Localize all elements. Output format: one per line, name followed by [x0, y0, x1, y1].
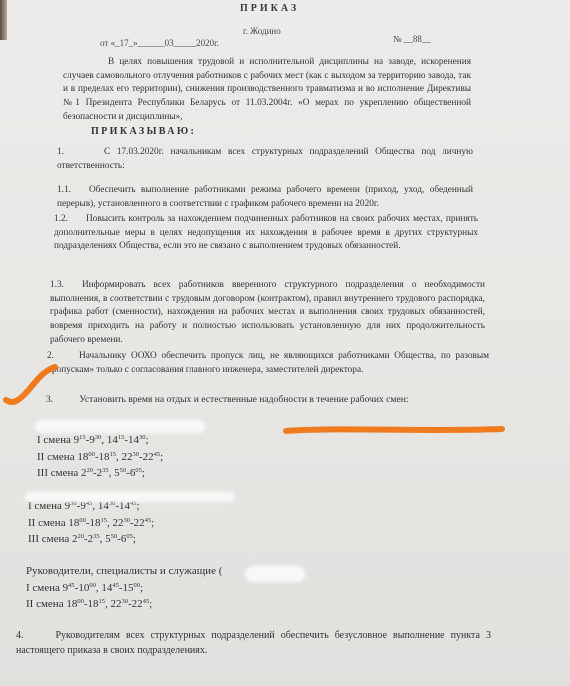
shift-label: II смена [26, 598, 64, 610]
shift-row: III смена 220-235, 550-605; [28, 530, 154, 547]
shift-label: III смена [28, 533, 69, 545]
item-number: 1.3. [50, 280, 64, 290]
item-1-1: 1.1.Обеспечить выполнение работниками ре… [57, 184, 473, 211]
item-text: Руководителям всех структурных подраздел… [16, 630, 491, 656]
shift-row: I смена 945-1000, 1445-1500; [26, 579, 222, 596]
item-text: Установить время на отдых и естественные… [79, 394, 408, 405]
item-text: С 17.03.2020г. начальникам всех структур… [57, 147, 473, 171]
intro-paragraph: В целях повышения трудовой и исполнитель… [63, 56, 471, 125]
item-text: Повысить контроль за нахождением подчине… [54, 214, 478, 251]
item-2: 2.Начальнику ООХО обеспечить пропуск лиц… [47, 350, 489, 377]
item-number: 1.2. [54, 214, 68, 224]
item-1: 1.С 17.03.2020г. начальникам всех структ… [57, 146, 473, 173]
item-text: Начальнику ООХО обеспечить пропуск лиц, … [47, 351, 489, 375]
shift-label: III смена [37, 467, 78, 479]
shift-row: II смена 1800-1815, 2230-2245; [37, 448, 163, 465]
document-page: ПРИКАЗ г. Жодино от «_17_»______03_____2… [0, 0, 570, 686]
item-3: 3.Установить время на отдых и естественн… [46, 393, 506, 407]
schedule-group-2: I смена 930-945, 1430-1445;II смена 1800… [28, 497, 154, 547]
schedule-heading: Руководители, специалисты и служащие ( [26, 565, 222, 579]
item-text: Информировать всех работников вверенного… [50, 280, 485, 345]
schedule-group-3: Руководители, специалисты и служащие (I … [26, 565, 222, 612]
shift-label: II смена [37, 451, 75, 463]
shift-row: II смена 1800-1815, 2230-2245; [28, 514, 154, 531]
shift-label: I смена [37, 434, 71, 446]
redaction-mark [245, 566, 305, 582]
item-number: 4. [16, 630, 24, 641]
redaction-mark [25, 492, 235, 502]
order-number: № __88__ [393, 34, 431, 44]
item-1-2: 1.2.Повысить контроль за нахождением под… [54, 213, 478, 254]
underline-annotation [280, 420, 510, 440]
document-title: ПРИКАЗ [240, 3, 299, 14]
shift-label: I смена [26, 582, 60, 594]
schedule-group-1: I смена 915-930, 1415-1430;II смена 1800… [37, 431, 163, 481]
item-number: 1. [57, 147, 64, 157]
shift-row: III смена 220-235, 550-605; [37, 464, 163, 481]
item-1-3: 1.3.Информировать всех работников вверен… [50, 279, 485, 348]
item-number: 1.1. [57, 185, 71, 195]
order-date: от «_17_»______03_____2020г. [100, 38, 219, 48]
orders-heading: ПРИКАЗЫВАЮ: [91, 126, 196, 137]
city: г. Жодино [243, 26, 281, 36]
item-text: Обеспечить выполнение работниками режима… [57, 185, 473, 209]
checkmark-icon [0, 350, 80, 410]
item-4: 4.Руководителям всех структурных подразд… [16, 628, 491, 658]
shift-row: I смена 915-930, 1415-1430; [37, 431, 163, 448]
redaction-mark [35, 420, 205, 433]
photo-edge [0, 0, 7, 40]
shift-label: II смена [28, 517, 66, 529]
shift-row: II смена 1800-1815, 2230-2245; [26, 595, 222, 612]
